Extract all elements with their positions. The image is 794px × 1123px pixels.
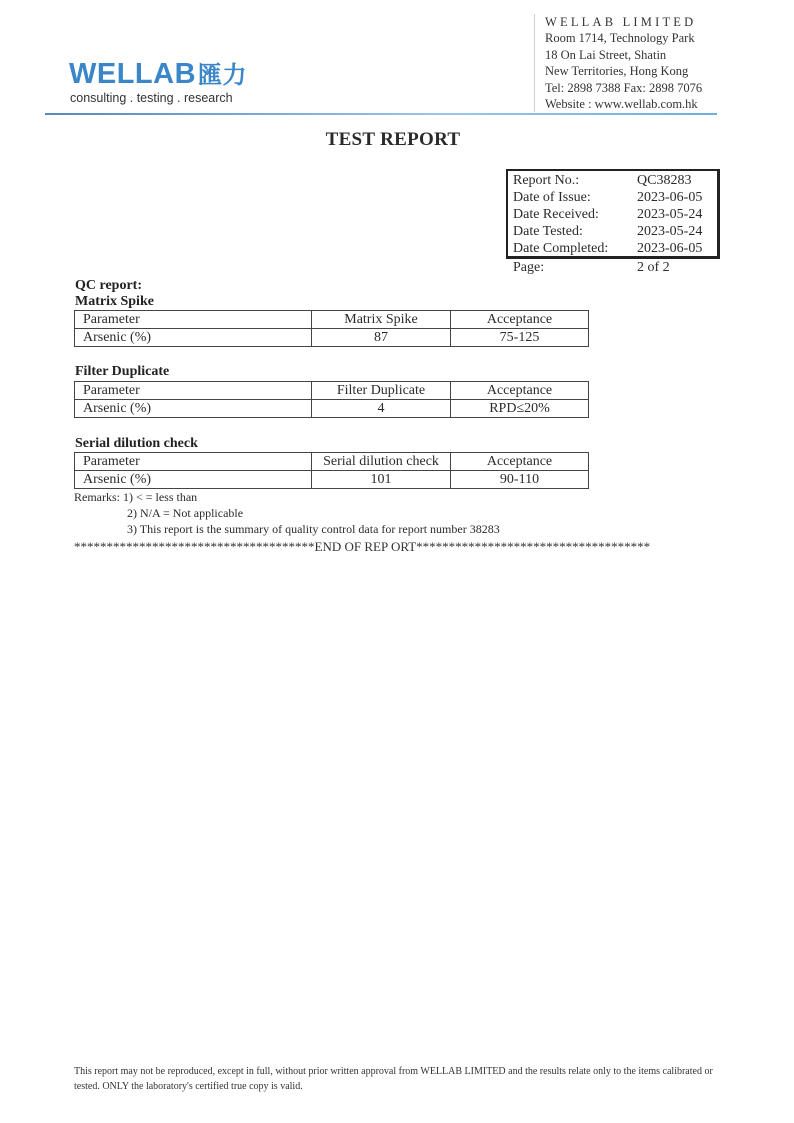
- end-of-report-line: *************************************END…: [74, 539, 650, 555]
- matrix-spike-table: Parameter Matrix Spike Acceptance Arseni…: [74, 310, 589, 347]
- matrix-spike-heading: Matrix Spike: [75, 294, 154, 310]
- date-tested-value: 2023-05-24: [637, 223, 702, 241]
- header-rule: [45, 113, 717, 115]
- remark-1: Remarks: 1) < = less than: [74, 489, 197, 505]
- date-of-issue-value: 2023-06-05: [637, 189, 702, 207]
- column-header: Serial dilution check: [312, 453, 451, 471]
- column-header: Parameter: [75, 311, 312, 329]
- company-logo: WELLAB匯力: [69, 58, 247, 91]
- column-header: Parameter: [75, 453, 312, 471]
- date-tested-label: Date Tested:: [513, 223, 583, 241]
- serial-dilution-heading: Serial dilution check: [75, 436, 198, 452]
- address-line: Room 1714, Technology Park: [545, 30, 702, 46]
- column-header: Matrix Spike: [312, 311, 451, 329]
- serial-dilution-table: Parameter Serial dilution check Acceptan…: [74, 452, 589, 489]
- address-line: 18 On Lai Street, Shatin: [545, 47, 702, 63]
- remark-2: 2) N/A = Not applicable: [127, 505, 243, 521]
- value-cell: 87: [312, 329, 451, 347]
- footer-disclaimer: This report may not be reproduced, excep…: [74, 1064, 734, 1094]
- table-header-row: Parameter Filter Duplicate Acceptance: [75, 382, 589, 400]
- acceptance-cell: RPD≤20%: [451, 400, 589, 418]
- company-tagline: consulting . testing . research: [70, 91, 233, 106]
- qc-report-heading: QC report:: [75, 278, 142, 294]
- value-cell: 101: [312, 471, 451, 489]
- parameter-cell: Arsenic (%): [75, 400, 312, 418]
- table-row: Arsenic (%) 101 90-110: [75, 471, 589, 489]
- parameter-cell: Arsenic (%): [75, 471, 312, 489]
- date-received-value: 2023-05-24: [637, 206, 702, 224]
- address-line: New Territories, Hong Kong: [545, 63, 702, 79]
- column-header: Acceptance: [451, 382, 589, 400]
- column-header: Filter Duplicate: [312, 382, 451, 400]
- table-row: Arsenic (%) 87 75-125: [75, 329, 589, 347]
- date-of-issue-label: Date of Issue:: [513, 189, 591, 207]
- report-no-label: Report No.:: [513, 172, 579, 190]
- contact-phone-fax: Tel: 2898 7388 Fax: 2898 7076: [545, 80, 702, 96]
- company-name: WELLAB LIMITED: [545, 14, 702, 30]
- logo-cjk-text: 匯力: [198, 61, 247, 89]
- address-divider: [534, 14, 535, 112]
- column-header: Parameter: [75, 382, 312, 400]
- date-completed-label: Date Completed:: [513, 240, 608, 258]
- table-row: Arsenic (%) 4 RPD≤20%: [75, 400, 589, 418]
- report-no-value: QC38283: [637, 172, 691, 190]
- page-label: Page:: [513, 259, 544, 277]
- date-completed-value: 2023-06-05: [637, 240, 702, 258]
- acceptance-cell: 90-110: [451, 471, 589, 489]
- column-header: Acceptance: [451, 453, 589, 471]
- logo-text: WELLAB: [69, 58, 196, 90]
- filter-duplicate-table: Parameter Filter Duplicate Acceptance Ar…: [74, 381, 589, 418]
- filter-duplicate-heading: Filter Duplicate: [75, 364, 169, 380]
- page-value: 2 of 2: [637, 259, 670, 277]
- contact-website: Website : www.wellab.com.hk: [545, 96, 702, 112]
- remark-3: 3) This report is the summary of quality…: [127, 521, 500, 537]
- parameter-cell: Arsenic (%): [75, 329, 312, 347]
- company-address: WELLAB LIMITED Room 1714, Technology Par…: [545, 14, 702, 112]
- date-received-label: Date Received:: [513, 206, 599, 224]
- value-cell: 4: [312, 400, 451, 418]
- table-header-row: Parameter Serial dilution check Acceptan…: [75, 453, 589, 471]
- column-header: Acceptance: [451, 311, 589, 329]
- acceptance-cell: 75-125: [451, 329, 589, 347]
- page-title: TEST REPORT: [0, 129, 786, 151]
- table-header-row: Parameter Matrix Spike Acceptance: [75, 311, 589, 329]
